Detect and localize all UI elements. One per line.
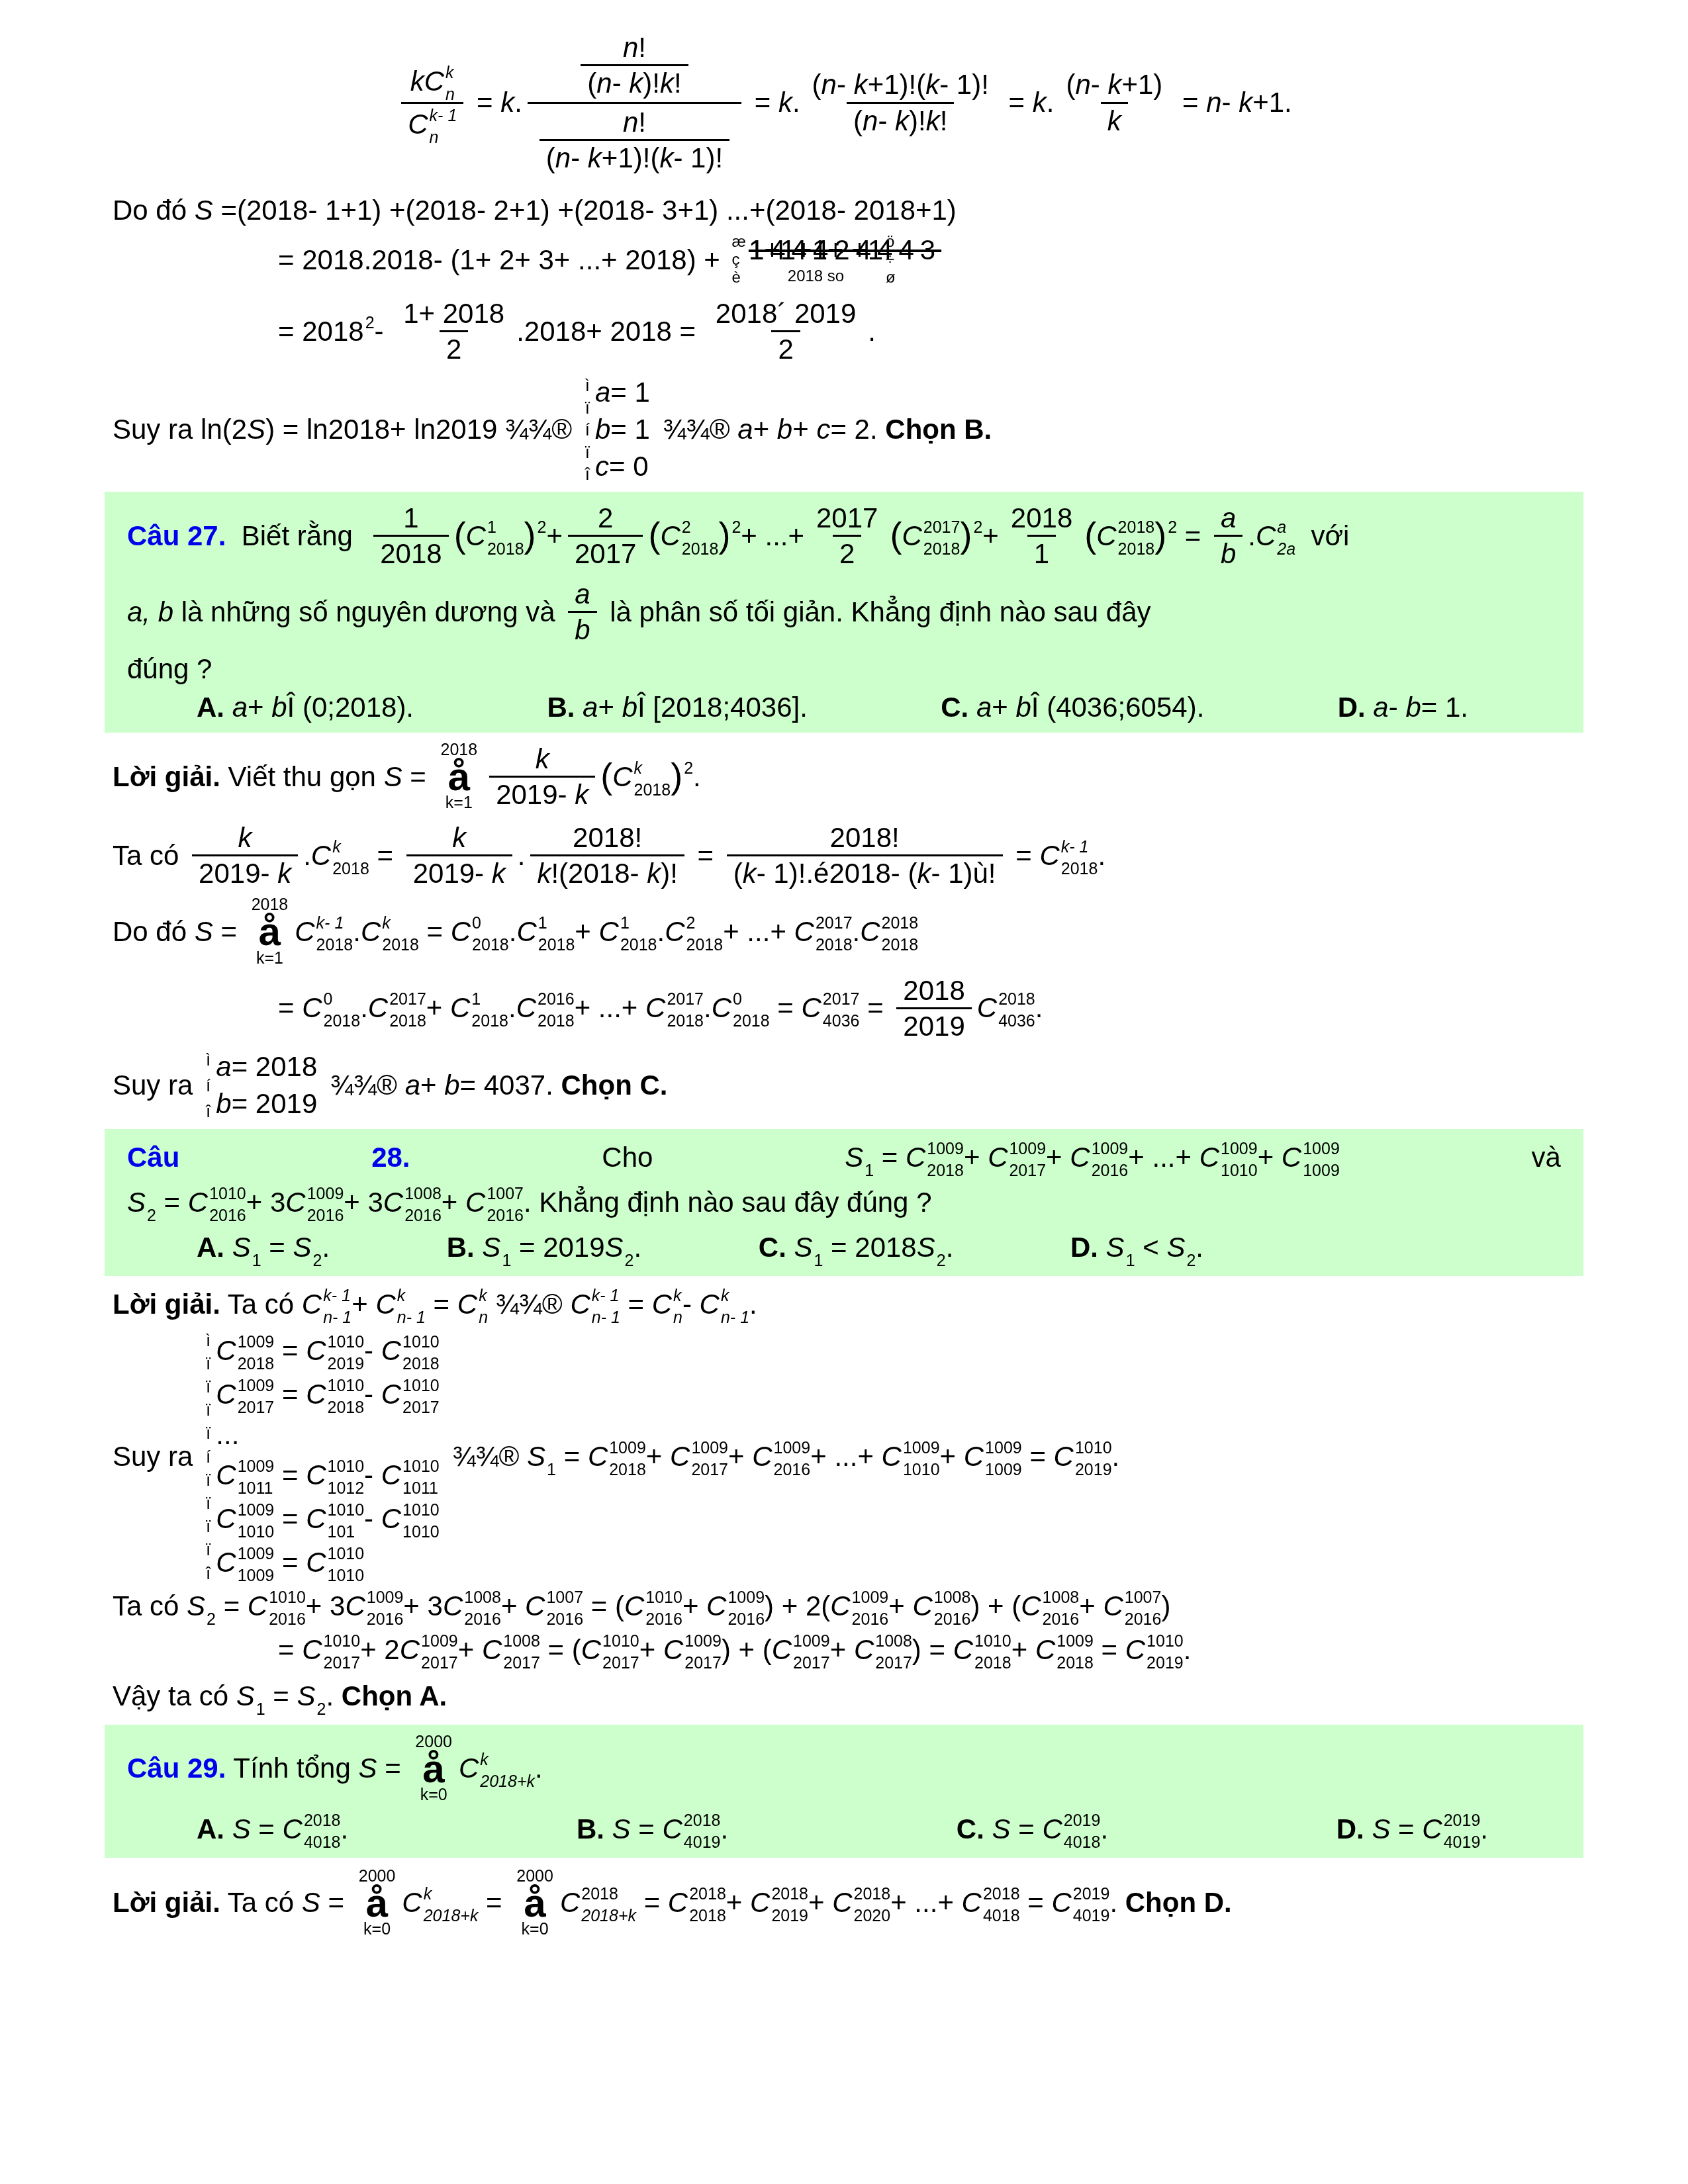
option-d: D. S = C20194019. — [1336, 1810, 1488, 1848]
question-28-label: Câu — [127, 1142, 179, 1173]
option-c: C. S = C20194018. — [957, 1810, 1108, 1848]
solution-28-conclusion: Vậy ta có S 1 = S 2. Chọn A. — [113, 1677, 1575, 1715]
option-a: A. a+ bÎ (0;2018). — [197, 692, 414, 723]
solution-27-intro: Lời giải. Viết thu gọn S = 2018åk=1k2019… — [113, 742, 1575, 811]
question-28-cho: Cho — [602, 1142, 653, 1173]
solution-27-suyra: Suy ra ìíîa= 2018b= 2019 ¾¾® a+ b= 4037.… — [113, 1051, 1575, 1120]
solution-27-continuation: = C02018.C20172018+ C12018.C20162018+ ..… — [278, 974, 1575, 1043]
question-29-block: Câu 29. Tính tổng S = 2000åk=0Ck2018+k. … — [105, 1725, 1583, 1858]
question-29-statement: Câu 29. Tính tổng S = 2000åk=0Ck2018+k. — [127, 1734, 1561, 1803]
question-28-s2-formula: S 2 = C10102016+ 3C10092016+ 3C10082016+… — [127, 1183, 1561, 1222]
formula-kcn-ratio: kCknCk- 1n = k.n!(n- k)!k!n!(n- k+1)!(k-… — [113, 26, 1575, 179]
line-2018-expansion: = 2018.2018- (1+ 2+ 3+ ...+ 2018) + æçè1… — [278, 234, 1575, 286]
question-28-options: A. S 1 = S 2. B. S 1 = 2019S 2. C. S 1 =… — [127, 1228, 1561, 1267]
question-28-label-number: 28. — [371, 1142, 410, 1173]
option-c: C. a+ bÎ (4036;6054). — [941, 692, 1204, 723]
solution-28-taco-s2-continuation: = C10102017+ 2C10092017+ C10082017 = (C1… — [278, 1631, 1575, 1669]
question-29-options: A. S = C20184018. B. S = C20184019. C. S… — [127, 1810, 1561, 1848]
option-b: B. S = C20184019. — [577, 1810, 728, 1848]
solution-29-intro: Lời giải. Ta có S = 2000åk=0Ck2018+k = 2… — [113, 1868, 1575, 1938]
option-b: B. a+ bÎ [2018;4036]. — [547, 692, 807, 723]
line-2018-squared: = 20182 - 1+ 20182.2018+ 2018 = 2018´ 20… — [278, 296, 1575, 366]
option-d: D. S 1 < S 2. — [1070, 1228, 1203, 1267]
document-page: kCknCk- 1n = k.n!(n- k)!k!n!(n- k+1)!(k-… — [0, 0, 1688, 2184]
solution-28-intro: Lời giải. Ta có Ck- 1n- 1+ Ckn- 1 = Ckn … — [113, 1285, 1575, 1324]
option-a: A. S 1 = S 2. — [197, 1228, 330, 1267]
line-dodo-sum-s: Do đó S =(2018- 1+1) +(2018- 2+1) +(2018… — [113, 195, 1575, 226]
solution-28-taco-s2: Ta có S 2 = C10102016+ 3C10092016+ 3C100… — [113, 1587, 1575, 1625]
question-27-statement-3: đúng ? — [127, 653, 1561, 685]
option-c: C. S 1 = 2018S 2. — [759, 1228, 954, 1267]
question-28-statement: Câu 28. Cho S 1 = C10092018+ C10092017+ … — [127, 1138, 1561, 1177]
option-b: B. S 1 = 2019S 2. — [447, 1228, 642, 1267]
option-a: A. S = C20184018. — [197, 1810, 348, 1848]
question-27-block: Câu 27. Biết rằng 12018(C12018)2 +22017(… — [105, 492, 1583, 733]
line-suyra-ln2s: Suy ra ln(2S) = ln2018+ ln2019 ¾¾® ìïíïî… — [113, 377, 1575, 482]
question-28-va: và — [1532, 1142, 1561, 1173]
solution-28-suyra-system: Suy ra ìïïïïíïïïïîC10092018 = C10102019-… — [113, 1332, 1575, 1582]
question-27-statement-2: a, b là những số nguyên dương và ab là p… — [127, 577, 1561, 647]
solution-27-dodo: Do đó S = 2018åk=1Ck- 12018.Ck2018 = C02… — [113, 897, 1575, 966]
question-27-statement: Câu 27. Biết rằng 12018(C12018)2 +22017(… — [127, 501, 1561, 570]
question-27-options: A. a+ bÎ (0;2018). B. a+ bÎ [2018;4036].… — [127, 692, 1561, 723]
option-d: D. a- b= 1. — [1338, 692, 1468, 723]
question-28-s1-formula: S 1 = C10092018+ C10092017+ C10092016+ .… — [845, 1138, 1340, 1177]
solution-27-taco: Ta có k2019- k.Ck2018 = k2019- k.2018!k!… — [113, 821, 1575, 890]
question-28-block: Câu 28. Cho S 1 = C10092018+ C10092017+ … — [105, 1129, 1583, 1276]
